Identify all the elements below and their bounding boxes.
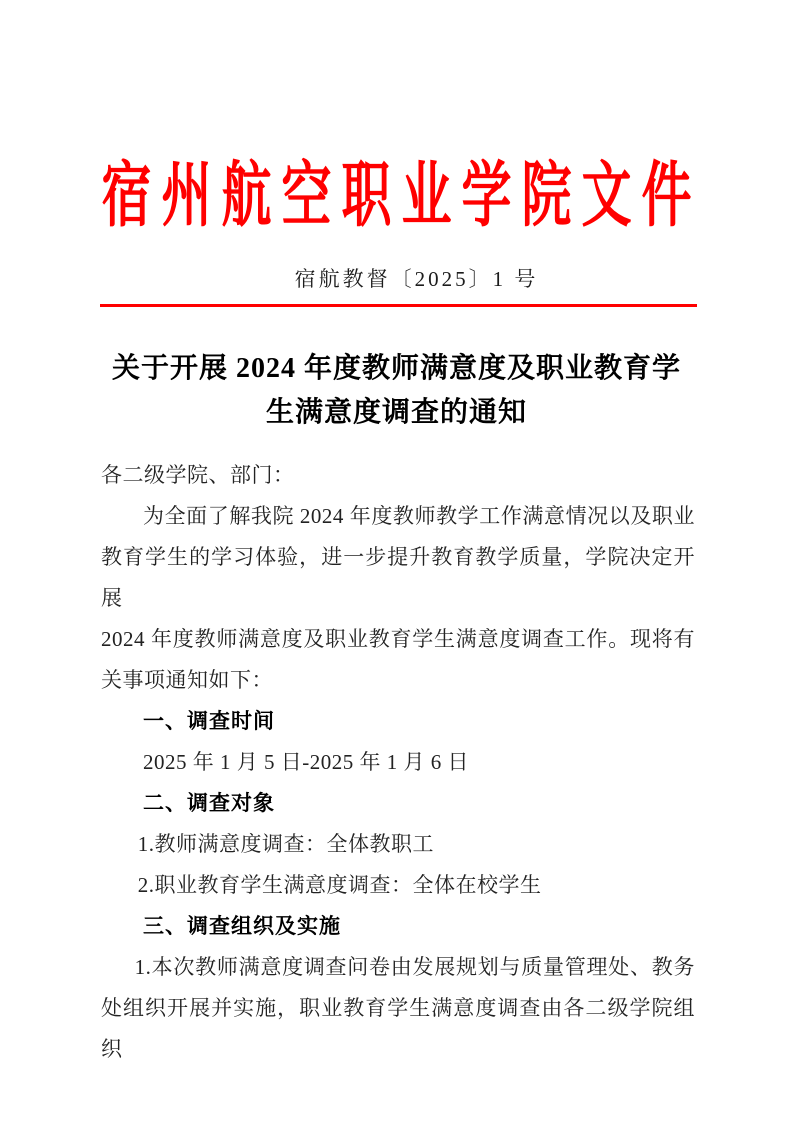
survey-target-item-1: 1.教师满意度调查：全体教职工	[101, 824, 695, 865]
agency-red-banner: 宿州航空职业学院文件	[0, 160, 793, 210]
section-heading-2: 二、调查对象	[101, 783, 695, 824]
agency-title: 宿州航空职业学院文件	[92, 160, 702, 231]
body-line: 关事项通知如下：	[101, 660, 695, 701]
body-line: 为全面了解我院 2024 年度教师教学工作满意情况以及职业	[101, 496, 695, 537]
notice-title-line2: 生满意度调查的通知	[50, 391, 743, 435]
body-line: 处组织开展并实施，职业教育学生满意度调查由各二级学院组织	[101, 988, 695, 1070]
body-line: 教育学生的学习体验，进一步提升教育教学质量，学院决定开展	[101, 537, 695, 619]
notice-title-line1: 关于开展 2024 年度教师满意度及职业教育学	[50, 347, 743, 391]
document-number: 宿航教督〔2025〕1 号	[20, 266, 793, 292]
red-separator-line	[100, 304, 697, 307]
survey-dates-line: 2025 年 1 月 5 日-2025 年 1 月 6 日	[101, 742, 695, 783]
notice-title: 关于开展 2024 年度教师满意度及职业教育学 生满意度调查的通知	[50, 347, 743, 435]
body-line: 1.本次教师满意度调查问卷由发展规划与质量管理处、教务	[101, 947, 695, 988]
survey-target-item-2: 2.职业教育学生满意度调查：全体在校学生	[101, 865, 695, 906]
official-document-page: 宿州航空职业学院文件 宿航教督〔2025〕1 号 关于开展 2024 年度教师满…	[0, 0, 793, 1122]
body-line: 2024 年度教师满意度及职业教育学生满意度调查工作。现将有	[101, 619, 695, 660]
section-heading-3: 三、调查组织及实施	[101, 906, 695, 947]
document-body: 各二级学院、部门： 为全面了解我院 2024 年度教师教学工作满意情况以及职业 …	[101, 455, 695, 1070]
salutation-line: 各二级学院、部门：	[101, 455, 695, 496]
section-heading-1: 一、调查时间	[101, 701, 695, 742]
